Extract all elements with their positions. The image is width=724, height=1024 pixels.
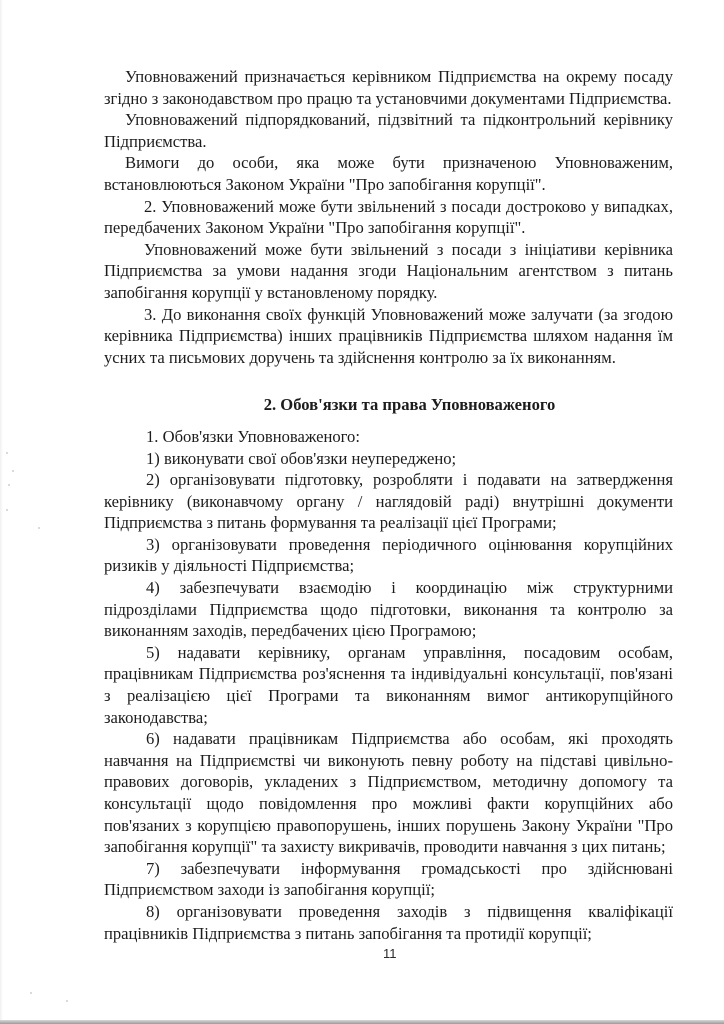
scan-speck xyxy=(12,470,14,472)
scan-speck xyxy=(6,509,8,511)
scan-speck xyxy=(66,1000,68,1002)
paragraph: 3. До виконання своїх функцій Уповноваже… xyxy=(104,304,673,369)
list-item: 8) організовувати проведення заходів з п… xyxy=(104,901,673,944)
scan-speck xyxy=(6,452,8,454)
list-item: 4) забезпечувати взаємодію і координацію… xyxy=(104,577,673,642)
paragraph: Вимоги до особи, яка може бути призначен… xyxy=(104,152,673,195)
scan-speck xyxy=(30,992,32,994)
document-page: Уповноважений призначається керівником П… xyxy=(0,0,724,1024)
paragraph: Уповноважений може бути звільнений з пос… xyxy=(104,239,673,304)
scan-speck xyxy=(38,527,40,529)
document-body: Уповноважений призначається керівником П… xyxy=(104,66,673,944)
scan-left-edge xyxy=(0,0,3,1024)
list-item: 2) організовувати підготовку, розробляти… xyxy=(104,469,673,534)
paragraph: Уповноважений призначається керівником П… xyxy=(104,66,673,109)
scan-bottom-edge xyxy=(0,1020,724,1024)
list-item: 1) виконувати свої обов'язки неупереджен… xyxy=(104,448,673,470)
paragraph: 2. Уповноважений може бути звільнений з … xyxy=(104,196,673,239)
list-item: 5) надавати керівнику, органам управлінн… xyxy=(104,642,673,728)
list-item: 1. Обов'язки Уповноваженого: xyxy=(104,426,673,448)
section-heading: 2. Обов'язки та права Уповноваженого xyxy=(104,394,673,416)
page-number: 11 xyxy=(383,946,397,961)
list-item: 7) забезпечувати інформування громадсько… xyxy=(104,858,673,901)
scan-speck xyxy=(8,484,10,486)
list-item: 6) надавати працівникам Підприємства або… xyxy=(104,728,673,858)
list-item: 3) організовувати проведення періодичног… xyxy=(104,534,673,577)
paragraph: Уповноважений підпорядкований, підзвітни… xyxy=(104,109,673,152)
